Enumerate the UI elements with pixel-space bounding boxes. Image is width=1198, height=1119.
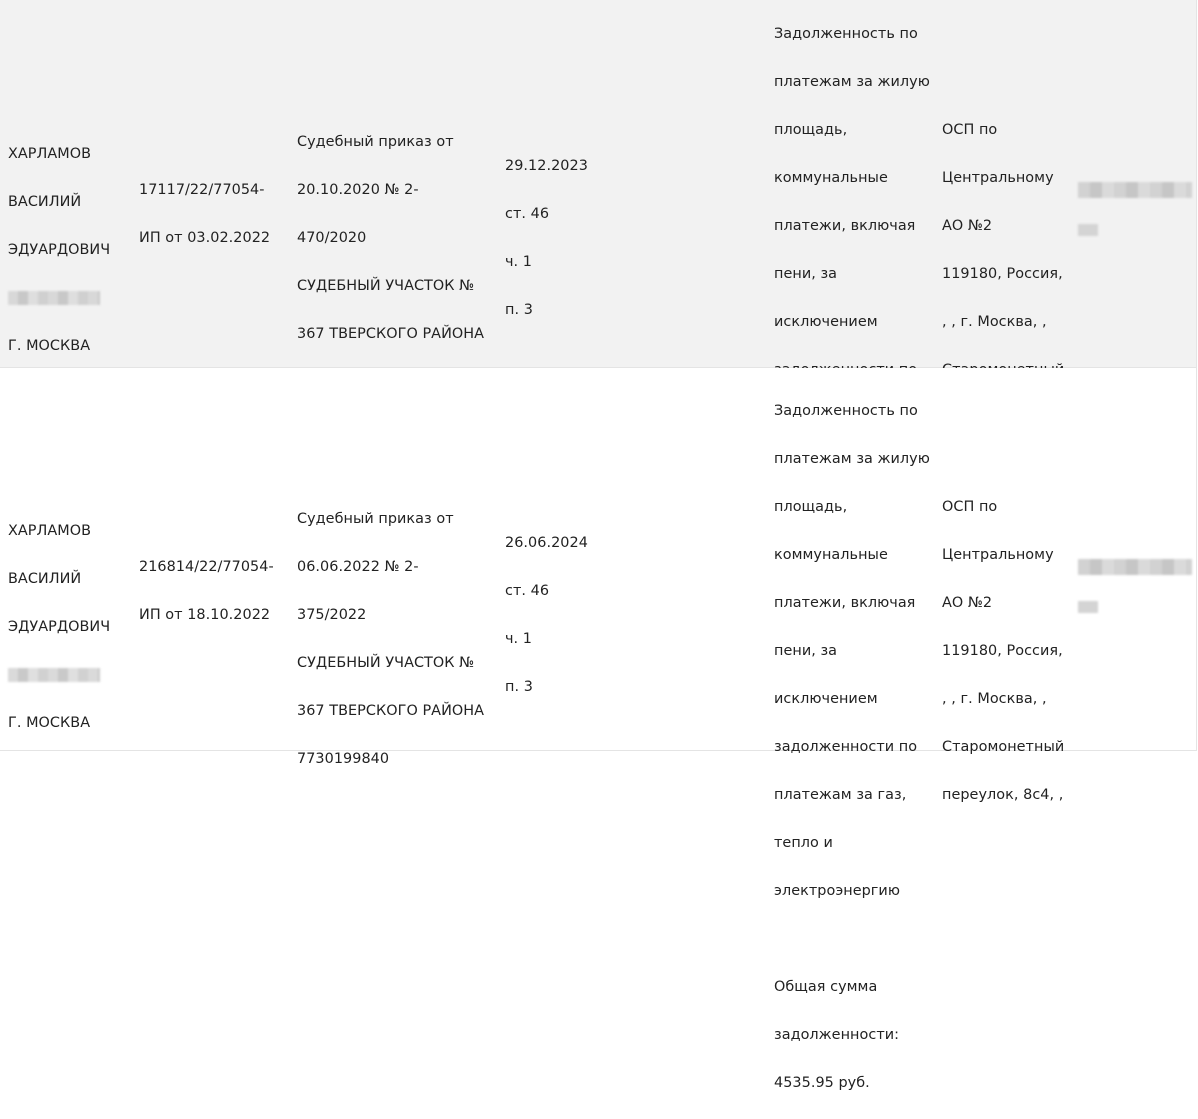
subject-line: исключением	[774, 310, 939, 334]
subject-line: площадь,	[774, 495, 939, 519]
end-part: ч. 1	[505, 250, 605, 274]
redacted-birth-date	[8, 291, 100, 305]
department-line: 119180, Россия,	[942, 639, 1077, 663]
debtor-first-name: ВАСИЛИЙ	[8, 567, 133, 591]
subject-line: платежи, включая	[774, 214, 939, 238]
department-line: Старомонетный	[942, 735, 1077, 750]
document-line: 367 ТВЕРСКОГО РАЙОНА	[297, 322, 502, 346]
department-cell: ОСП по Центральному АО №2 119180, Россия…	[942, 471, 1077, 750]
document-line: 06.06.2022 № 2-	[297, 555, 502, 579]
subject-line: Задолженность по	[774, 399, 939, 423]
subject-line: коммунальные	[774, 543, 939, 567]
proceeding-number: 17117/22/77054-	[139, 178, 294, 202]
debtor-cell: ХАРЛАМОВ ВАСИЛИЙ ЭДУАРДОВИЧ Г. МОСКВА	[8, 495, 133, 750]
subject-line: Задолженность по	[774, 22, 939, 46]
proceeding-number: 216814/22/77054-	[139, 555, 294, 579]
enforcement-proceeding-cell: 216814/22/77054- ИП от 18.10.2022	[139, 531, 294, 651]
subject-cell: Задолженность по платежам за жилую площа…	[774, 375, 939, 750]
executive-document-cell: Судебный приказ от 06.06.2022 № 2- 375/2…	[297, 483, 502, 750]
bailiff-cell	[1078, 531, 1196, 637]
department-line: ОСП по	[942, 495, 1077, 519]
end-clause: п. 3	[505, 675, 605, 699]
department-line: АО №2	[942, 591, 1077, 615]
document-line: 20.10.2020 № 2-	[297, 178, 502, 202]
subject-line: платежам за жилую	[774, 447, 939, 471]
department-line: 119180, Россия,	[942, 262, 1077, 286]
document-line: СУДЕБНЫЙ УЧАСТОК №	[297, 274, 502, 298]
department-line: АО №2	[942, 214, 1077, 238]
enforcement-proceedings-table: ХАРЛАМОВ ВАСИЛИЙ ЭДУАРДОВИЧ Г. МОСКВА 17…	[0, 0, 1198, 750]
subject-line: исключением	[774, 687, 939, 711]
debtor-surname: ХАРЛАМОВ	[8, 519, 133, 543]
document-line: СУДЕБНЫЙ УЧАСТОК №	[297, 651, 502, 675]
end-clause: п. 3	[505, 298, 605, 322]
document-line: 375/2022	[297, 603, 502, 627]
department-line: , , г. Москва, ,	[942, 310, 1077, 334]
subject-line: платежам за жилую	[774, 70, 939, 94]
redacted-bailiff	[1078, 182, 1192, 198]
end-article: ст. 46	[505, 579, 605, 603]
redacted-bailiff	[1078, 559, 1192, 575]
bailiff-cell	[1078, 154, 1196, 260]
end-part: ч. 1	[505, 627, 605, 651]
end-reason-cell: 29.12.2023 ст. 46 ч. 1 п. 3	[505, 130, 605, 346]
redacted-bailiff	[1078, 224, 1098, 236]
enforcement-proceeding-cell: 17117/22/77054- ИП от 03.02.2022	[139, 154, 294, 274]
subject-line: коммунальные	[774, 166, 939, 190]
department-line: Центральному	[942, 543, 1077, 567]
table-row: ХАРЛАМОВ ВАСИЛИЙ ЭДУАРДОВИЧ Г. МОСКВА 21…	[0, 368, 1197, 750]
subject-line: платежи, включая	[774, 591, 939, 615]
debtor-city: Г. МОСКВА	[8, 711, 133, 735]
table-row: ХАРЛАМОВ ВАСИЛИЙ ЭДУАРДОВИЧ Г. МОСКВА 17…	[0, 0, 1197, 368]
subject-line: площадь,	[774, 118, 939, 142]
subject-line: пени, за	[774, 262, 939, 286]
proceeding-date: ИП от 18.10.2022	[139, 603, 294, 627]
redacted-bailiff	[1078, 601, 1098, 613]
department-line: Центральному	[942, 166, 1077, 190]
proceeding-date: ИП от 03.02.2022	[139, 226, 294, 250]
department-line: , , г. Москва, ,	[942, 687, 1077, 711]
debtor-first-name: ВАСИЛИЙ	[8, 190, 133, 214]
document-line: Судебный приказ от	[297, 130, 502, 154]
subject-line: пени, за	[774, 639, 939, 663]
end-article: ст. 46	[505, 202, 605, 226]
end-date: 26.06.2024	[505, 531, 605, 555]
document-line: 367 ТВЕРСКОГО РАЙОНА	[297, 699, 502, 723]
debtor-surname: ХАРЛАМОВ	[8, 142, 133, 166]
document-line: 470/2020	[297, 226, 502, 250]
debtor-patronymic: ЭДУАРДОВИЧ	[8, 238, 133, 262]
document-line: Судебный приказ от	[297, 507, 502, 531]
subject-line: задолженности по	[774, 735, 939, 750]
department-line: ОСП по	[942, 118, 1077, 142]
end-reason-cell: 26.06.2024 ст. 46 ч. 1 п. 3	[505, 507, 605, 723]
debtor-cell: ХАРЛАМОВ ВАСИЛИЙ ЭДУАРДОВИЧ Г. МОСКВА	[8, 118, 133, 382]
debtor-city: Г. МОСКВА	[8, 334, 133, 358]
end-date: 29.12.2023	[505, 154, 605, 178]
debtor-patronymic: ЭДУАРДОВИЧ	[8, 615, 133, 639]
redacted-birth-date	[8, 668, 100, 682]
